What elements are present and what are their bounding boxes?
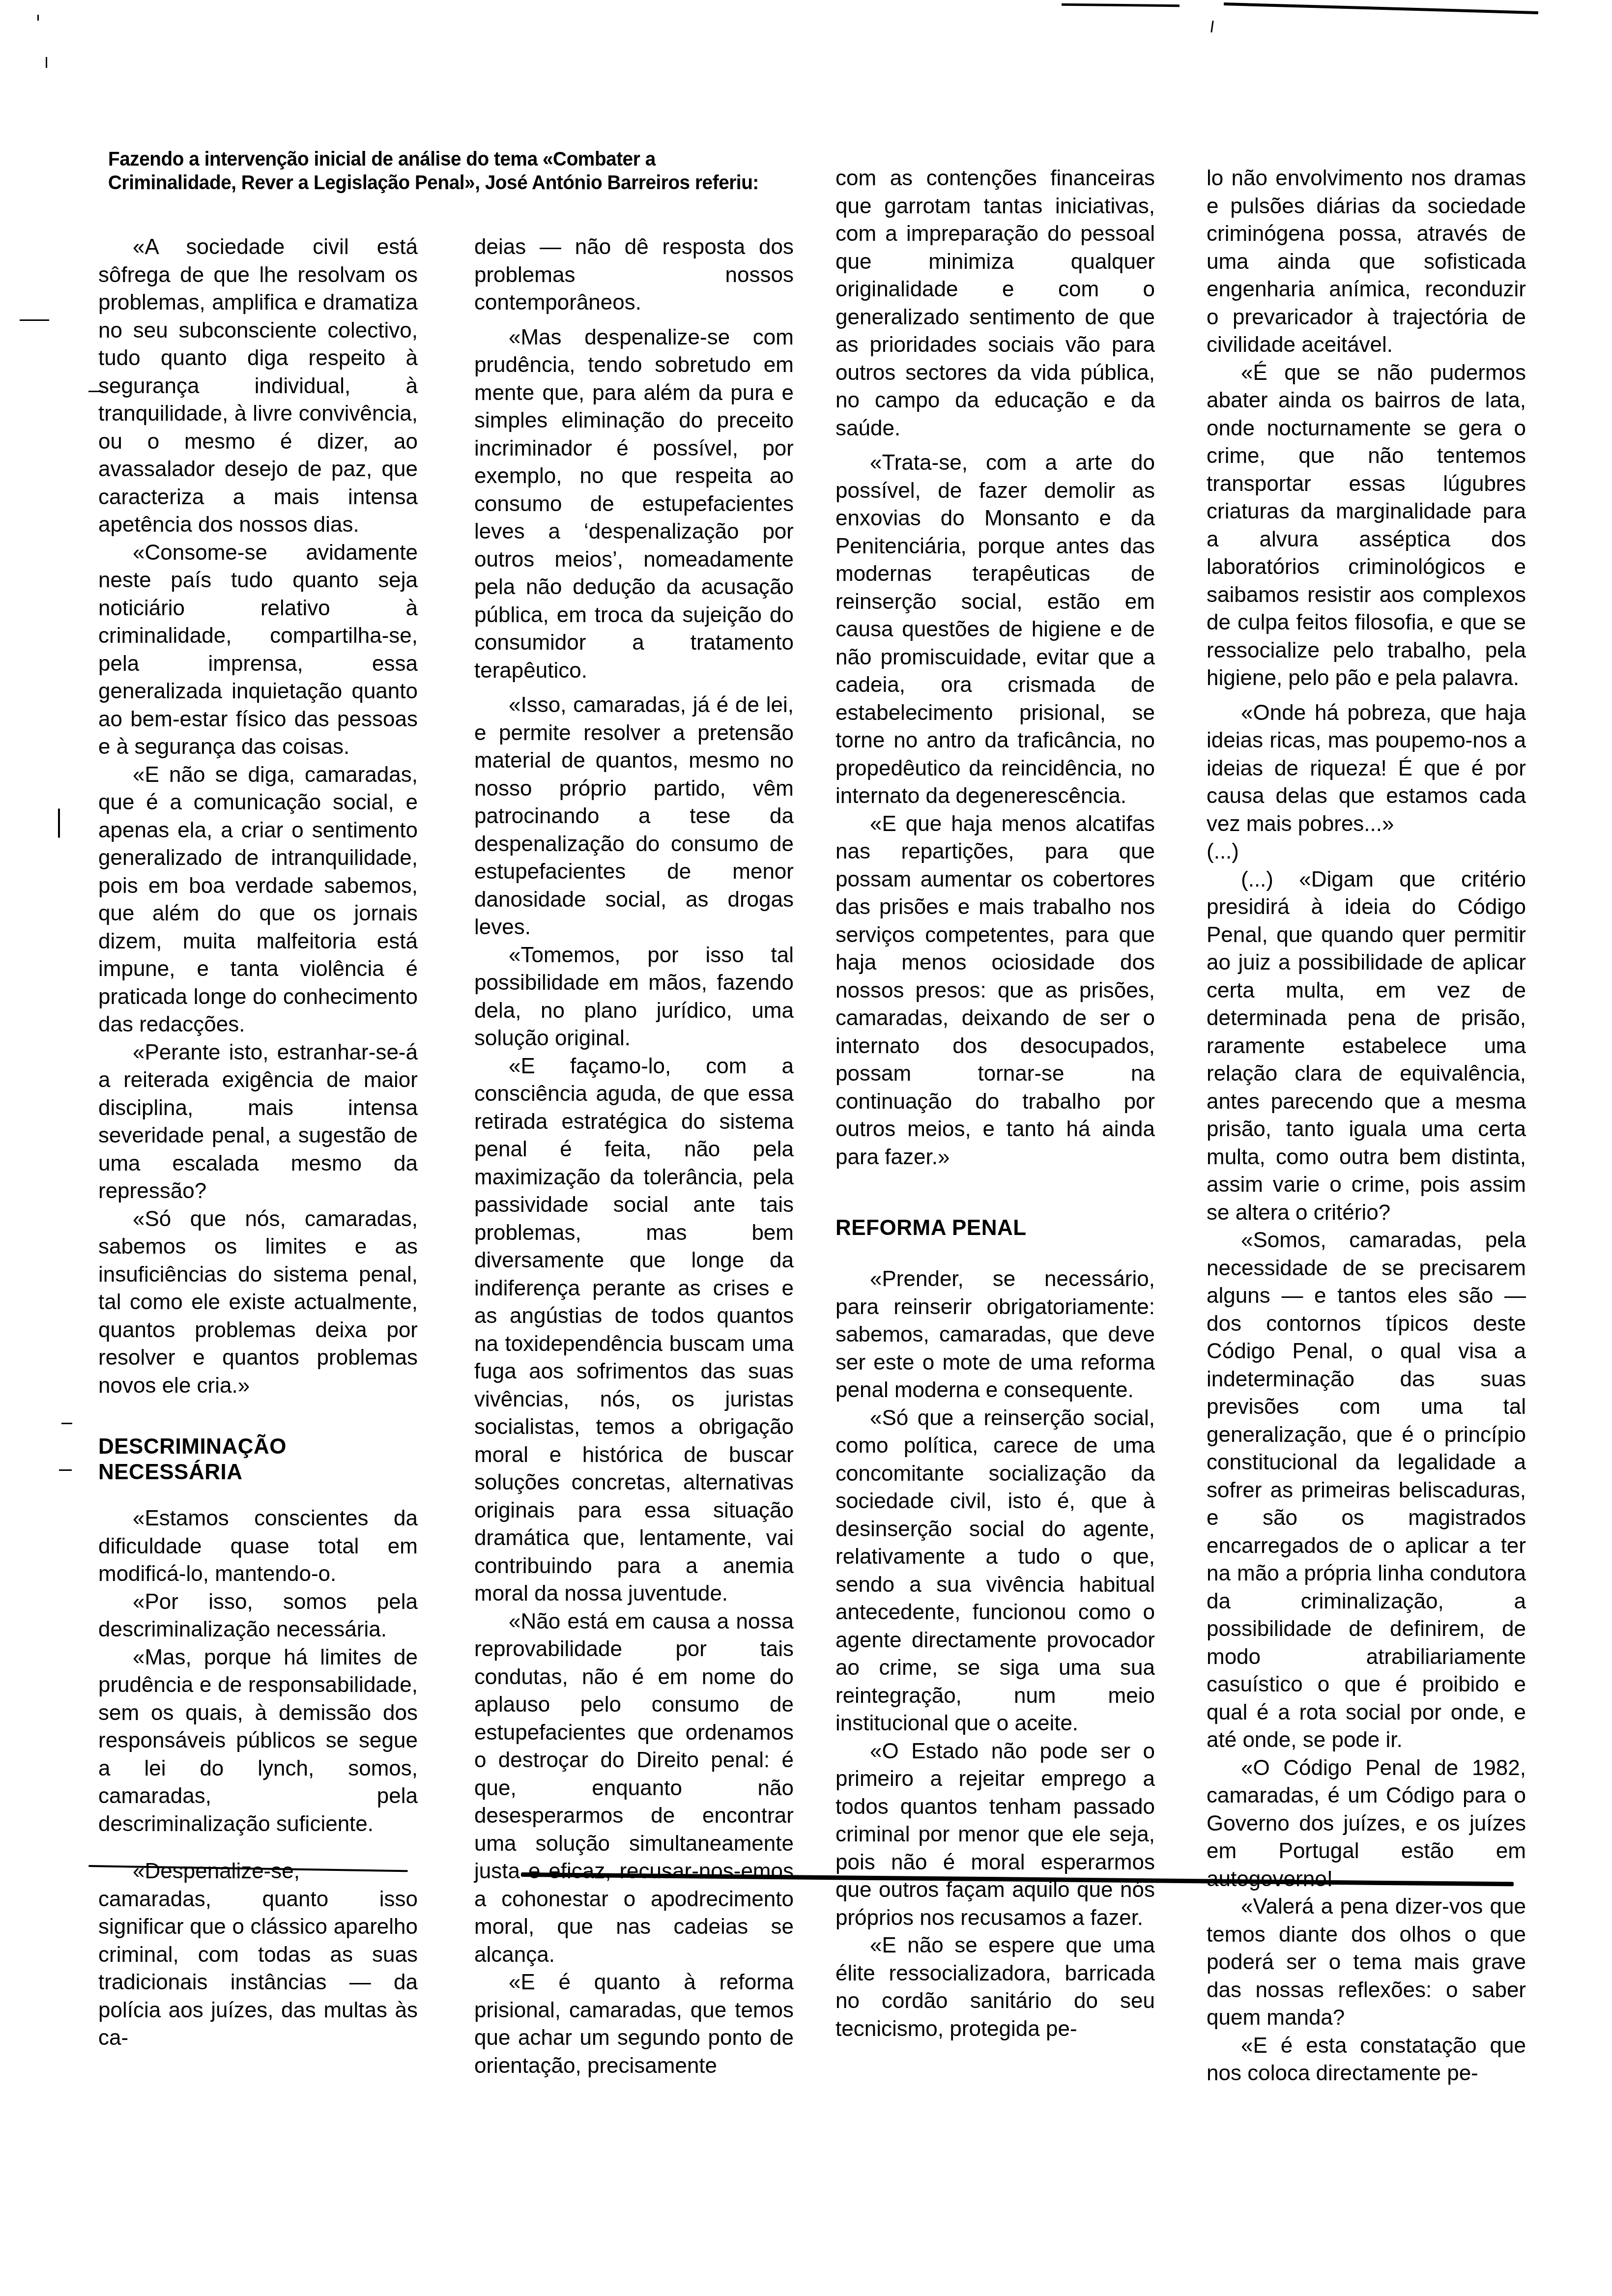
section-heading: DESCRIMINAÇÃO NECESSÁRIA (98, 1434, 305, 1485)
paragraph: «E não se diga, camaradas, que é a comun… (98, 761, 418, 1039)
paragraph: «Só que nós, camaradas, sabemos os limit… (98, 1205, 418, 1400)
paragraph: «E façamo-lo, com a consciência aguda, d… (474, 1053, 794, 1608)
paragraph: «Despenalize-se, camaradas, quanto isso … (98, 1858, 418, 2052)
paragraph: «E não se espere que uma élite ressocial… (835, 1932, 1155, 2043)
paragraph: «Consome-se avidamente neste país tudo q… (98, 539, 418, 761)
section-heading: REFORMA PENAL (835, 1215, 1155, 1241)
paragraph: (...) «Digam que critério presidirá à id… (1207, 866, 1526, 1227)
paragraph: (...) (1207, 838, 1526, 866)
paragraph: «O Estado não pode ser o primeiro a reje… (835, 1738, 1155, 1932)
margin-dash (88, 391, 103, 392)
scan-artifact-top-line (1224, 2, 1538, 14)
column-2: deias — não dê resposta dos problemas no… (474, 233, 794, 2080)
paragraph: «Onde há pobreza, que haja ideias ricas,… (1207, 699, 1526, 838)
paragraph: «Perante isto, estranhar-se-á a reiterad… (98, 1039, 418, 1205)
paragraph: «Por isso, somos pela descriminalização … (98, 1588, 418, 1644)
margin-dash (59, 1469, 72, 1471)
paragraph: «Só que a reinserção social, como políti… (835, 1405, 1155, 1738)
paragraph: «É que se não pudermos abater ainda os b… (1207, 359, 1526, 692)
scan-artifact-tick (1210, 21, 1213, 32)
column-3: com as contenções financeiras que garrot… (835, 165, 1155, 2043)
intro-lead: Fazendo a intervenção inicial de análise… (108, 147, 771, 195)
paragraph: «Valerá a pena dizer-vos que temos diant… (1207, 1893, 1526, 2032)
paragraph: «O Código Penal de 1982, camaradas, é um… (1207, 1754, 1526, 1894)
paragraph: «Mas despenalize-se com prudência, tendo… (474, 324, 794, 685)
paragraph: «Tomemos, por isso tal possibilidade em … (474, 942, 794, 1053)
margin-dash (61, 1423, 72, 1424)
paragraph: com as contenções financeiras que garrot… (835, 165, 1155, 442)
paragraph: «Prender, se necessário, para reinserir … (835, 1265, 1155, 1405)
paragraph: deias — não dê resposta dos problemas no… (474, 233, 794, 317)
paragraph: lo não envolvimento nos dramas e pulsões… (1207, 165, 1526, 359)
newspaper-page: Fazendo a intervenção inicial de análise… (0, 0, 1612, 2296)
paragraph: «Isso, camaradas, já é de lei, e permite… (474, 691, 794, 942)
paragraph: «Estamos conscientes da dificuldade quas… (98, 1505, 418, 1588)
paragraph: «A sociedade civil está sôfrega de que l… (98, 233, 418, 539)
paragraph: «E é quanto à reforma prisional, camarad… (474, 1969, 794, 2080)
margin-dash (20, 319, 49, 321)
scan-artifact-left-tick (46, 57, 47, 68)
paragraph: «E é esta constatação que nos coloca dir… (1207, 2032, 1526, 2088)
scan-artifact-top-line (1062, 3, 1180, 7)
paragraph: «Trata-se, com a arte do possível, de fa… (835, 449, 1155, 810)
column-4: lo não envolvimento nos dramas e pulsões… (1207, 165, 1526, 2088)
paragraph: «Não está em causa a nossa reprovabilida… (474, 1608, 794, 1969)
column-1: «A sociedade civil está sôfrega de que l… (98, 233, 418, 2052)
paragraph: «E que haja menos alcatifas nas repartiç… (835, 810, 1155, 1172)
paragraph: «Somos, camaradas, pela necessidade de s… (1207, 1227, 1526, 1754)
paragraph: «Mas, porque há limites de prudência e d… (98, 1644, 418, 1838)
scan-artifact-left-tick (37, 15, 39, 21)
margin-bracket (58, 808, 60, 838)
